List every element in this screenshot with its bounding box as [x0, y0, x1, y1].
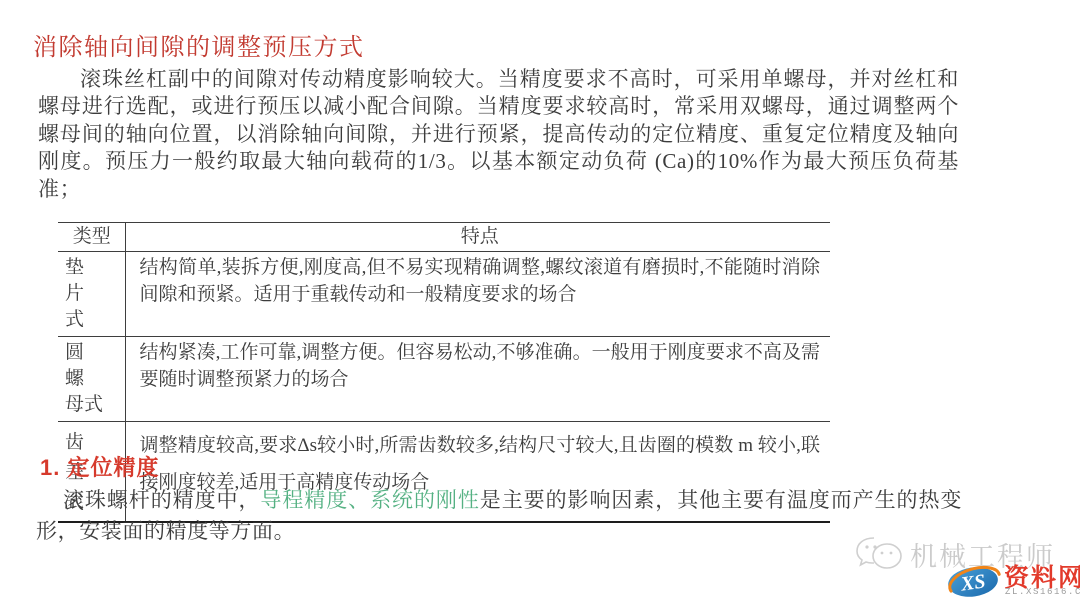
table-header-type: 类型	[58, 223, 125, 252]
row-feature-shim: 结构简单,装拆方便,刚度高,但不易实现精确调整,螺纹滚道有磨损时,不能随时消除间…	[125, 252, 830, 337]
slide-page: { "page": { "title": "消除轴向间隙的调整预压方式", "i…	[0, 0, 1080, 608]
table-header-row: 类型 特点	[58, 223, 830, 252]
row-type-round-nut: 圆 螺 母式	[58, 337, 125, 422]
row-type-shim: 垫 片 式	[58, 252, 125, 337]
table-row: 垫 片 式 结构简单,装拆方便,刚度高,但不易实现精确调整,螺纹滚道有磨损时,不…	[58, 252, 830, 337]
xs-site-logo: XS 资料网 ZL.XS1616.COM	[944, 556, 1080, 606]
highlighted-factors-text: 导程精度、系统的刚性	[260, 488, 479, 512]
table-row: 圆 螺 母式 结构紧凑,工作可靠,调整方便。但容易松动,不够准确。一般用于刚度要…	[58, 337, 830, 422]
section-heading-positioning-accuracy: 1. 定位精度	[40, 451, 159, 482]
intro-paragraph: 滚珠丝杠副中的间隙对传动精度影响较大。当精度要求不高时，可采用单螺母，并对丝杠和…	[38, 66, 959, 203]
svg-text:XS: XS	[959, 570, 987, 595]
logo-site-url: ZL.XS1616.COM	[1005, 587, 1080, 597]
paragraph-text: 滚珠螺杆的精度中，	[63, 488, 260, 512]
page-title: 消除轴向间隙的调整预压方式	[33, 27, 365, 62]
positioning-accuracy-paragraph: 滚珠螺杆的精度中，导程精度、系统的刚性是主要的影响因素，其他主要有温度而产生的热…	[36, 485, 962, 547]
table-header-feature: 特点	[125, 223, 830, 252]
preload-methods-table: 类型 特点 垫 片 式 结构简单,装拆方便,刚度高,但不易实现精确调整,螺纹滚道…	[58, 222, 830, 523]
xs-logo-icon: XS	[944, 562, 1002, 602]
row-feature-round-nut: 结构紧凑,工作可靠,调整方便。但容易松动,不够准确。一般用于刚度要求不高及需要随…	[125, 337, 830, 422]
wechat-icon	[854, 534, 906, 574]
